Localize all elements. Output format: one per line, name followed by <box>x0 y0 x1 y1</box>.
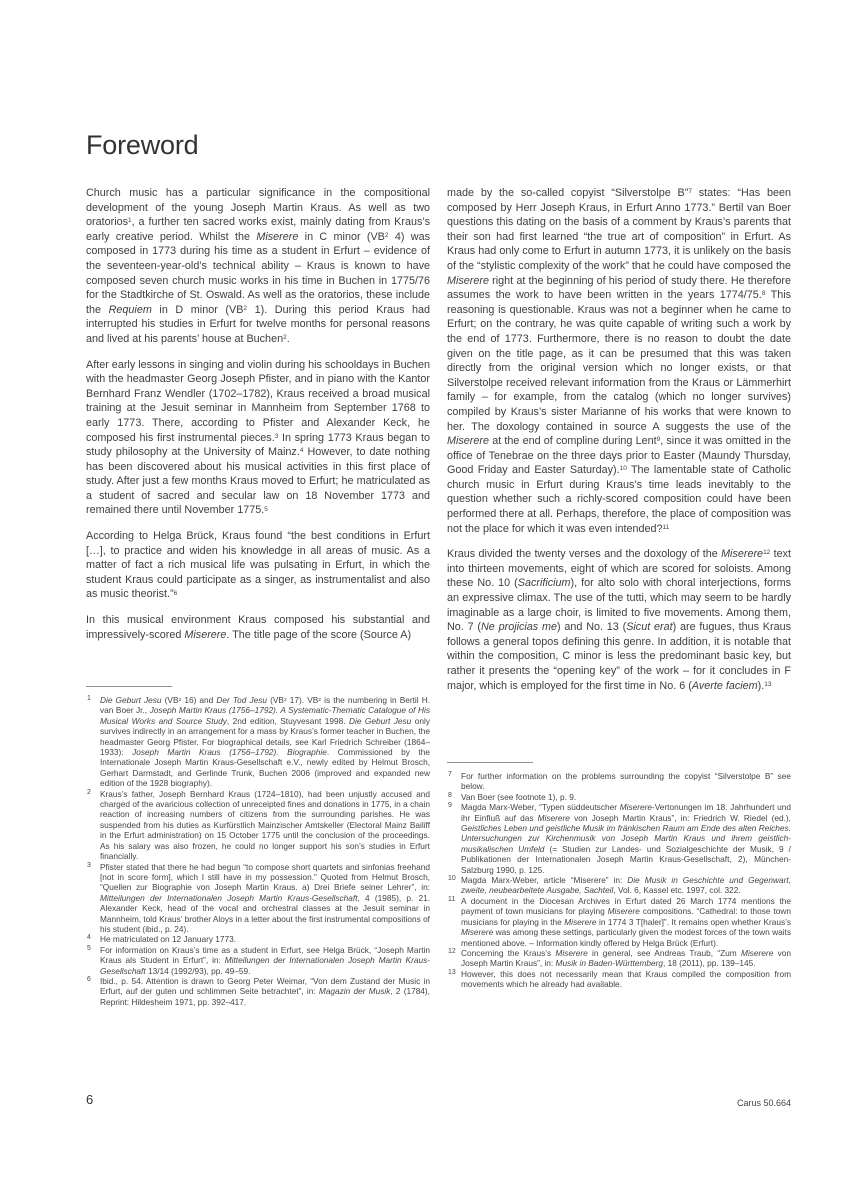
page-number: 6 <box>86 1092 93 1107</box>
footnote-number: 2 <box>87 788 91 798</box>
footnote-number: 5 <box>87 944 91 954</box>
footnote-text: A document in the Diocesan Archives in E… <box>461 896 791 948</box>
footnote: 1 Die Geburt Jesu (VB2 16) and Der Tod J… <box>86 695 430 789</box>
footnote-separator <box>86 686 172 687</box>
paragraph: After early lessons in singing and violi… <box>86 358 430 519</box>
paragraph: In this musical environment Kraus compos… <box>86 613 430 642</box>
footnote-text: Die Geburt Jesu (VB2 16) and Der Tod Jes… <box>100 695 430 788</box>
footnote-text: However, this does not necessarily mean … <box>461 969 791 989</box>
footnote: 3 Pfister stated that there he had begun… <box>86 862 430 935</box>
footnote-number: 4 <box>87 933 91 943</box>
left-column: Church music has a particular significan… <box>86 186 430 1146</box>
footnote-number: 11 <box>448 895 455 905</box>
footnote-text: Concerning the Kraus’s Miserere in gener… <box>461 948 791 968</box>
footnotes-left: 1 Die Geburt Jesu (VB2 16) and Der Tod J… <box>86 686 430 1007</box>
footnote-number: 10 <box>448 874 456 884</box>
footnote-text: For further information on the problems … <box>461 771 791 791</box>
footnote-text: Kraus’s father, Joseph Bernhard Kraus (1… <box>100 789 430 861</box>
footnotes-right: 7 For further information on the problem… <box>447 762 791 990</box>
footnote-number: 13 <box>448 968 456 978</box>
footnote-text: Magda Marx-Weber, article “Miserere” in:… <box>461 875 791 895</box>
footnote: 10 Magda Marx-Weber, article “Miserere” … <box>447 875 791 896</box>
footnote: 4 He matriculated on 12 January 1773. <box>86 934 430 944</box>
footnote-number: 8 <box>448 791 452 801</box>
footnote: 9 Magda Marx-Weber, “Typen süddeutscher … <box>447 802 791 875</box>
footnote: 5 For information on Kraus’s time as a s… <box>86 945 430 976</box>
paragraph: made by the so-called copyist “Silversto… <box>447 186 791 536</box>
footnote-number: 1 <box>87 694 91 704</box>
footnote-text: Magda Marx-Weber, “Typen süddeutscher Mi… <box>461 802 791 874</box>
footnote-number: 3 <box>87 861 91 871</box>
footnote: 13 However, this does not necessarily me… <box>447 969 791 990</box>
footnote-text: Van Boer (see footnote 1), p. 9. <box>461 792 576 802</box>
foreword-page: Foreword Church music has a particular s… <box>0 0 863 1200</box>
footnote: 6 Ibid., p. 54. Attention is drawn to Ge… <box>86 976 430 1007</box>
footnote-text: Ibid., p. 54. Attention is drawn to Geor… <box>100 976 430 1007</box>
footnote-number: 6 <box>87 975 91 985</box>
footnote-number: 7 <box>448 770 452 780</box>
footnote-number: 12 <box>448 947 456 957</box>
paragraph: According to Helga Brück, Kraus found “t… <box>86 529 430 602</box>
text-columns: Church music has a particular significan… <box>86 186 791 1146</box>
footnote: 11 A document in the Diocesan Archives i… <box>447 896 791 948</box>
footnote: 12 Concerning the Kraus’s Miserere in ge… <box>447 948 791 969</box>
footnote: 8 Van Boer (see footnote 1), p. 9. <box>447 792 791 802</box>
footnote: 2 Kraus’s father, Joseph Bernhard Kraus … <box>86 789 430 862</box>
page-title: Foreword <box>86 130 198 161</box>
footnote-text: He matriculated on 12 January 1773. <box>100 934 236 944</box>
footnote: 7 For further information on the problem… <box>447 771 791 792</box>
footnote-text: For information on Kraus’s time as a stu… <box>100 945 430 976</box>
paragraph: Kraus divided the twenty verses and the … <box>447 547 791 693</box>
paragraph: Church music has a particular significan… <box>86 186 430 347</box>
footnote-text: Pfister stated that there he had begun “… <box>100 862 430 934</box>
right-column: made by the so-called copyist “Silversto… <box>447 186 791 1146</box>
edition-number: Carus 50.664 <box>737 1098 791 1108</box>
footnote-number: 9 <box>448 801 452 811</box>
footnote-separator <box>447 762 533 763</box>
